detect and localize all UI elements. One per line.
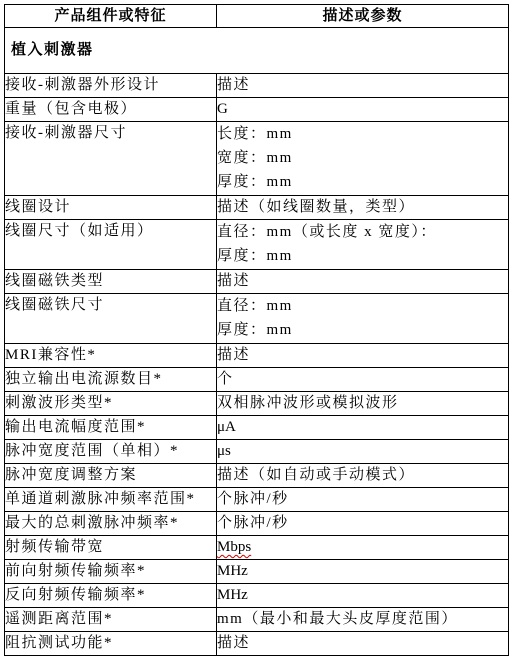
- value-line: 厚度：mm: [217, 318, 508, 342]
- value-cell: 直径：mm（或长度 x 宽度）：厚度：mm: [217, 220, 509, 270]
- product-spec-table: 产品组件或特征 描述或参数 植入刺激器 接收-刺激器外形设计 描述 重量（包含电…: [4, 4, 509, 656]
- feature-cell: 线圈磁铁尺寸: [5, 294, 217, 344]
- value-line: 描述: [217, 270, 508, 292]
- value-line: Mbps: [217, 536, 508, 558]
- value-cell: 个脉冲/秒: [217, 512, 509, 536]
- feature-cell: 线圈磁铁类型: [5, 270, 217, 294]
- feature-cell: 脉冲宽度调整方案: [5, 464, 217, 488]
- table-header-row: 产品组件或特征 描述或参数: [5, 5, 509, 28]
- feature-cell: 输出电流幅度范围*: [5, 416, 217, 440]
- value-cell: MHz: [217, 560, 509, 584]
- table-row: 脉冲宽度调整方案 描述（如自动或手动模式）: [5, 464, 509, 488]
- value-cell: 描述: [217, 74, 509, 98]
- table-row: 重量（包含电极） G: [5, 98, 509, 122]
- value-cell: 个: [217, 368, 509, 392]
- feature-cell: 反向射频传输频率*: [5, 584, 217, 608]
- table-row: 遥测距离范围* mm（最小和最大头皮厚度范围）: [5, 608, 509, 632]
- value-line: 描述: [217, 344, 508, 366]
- feature-cell: 接收-刺激器外形设计: [5, 74, 217, 98]
- value-line: G: [217, 98, 508, 120]
- value-line: μA: [217, 416, 508, 438]
- section-row: 植入刺激器: [5, 28, 509, 74]
- section-label: 植入刺激器: [5, 28, 509, 74]
- feature-cell: 遥测距离范围*: [5, 608, 217, 632]
- value-cell: 描述（如自动或手动模式）: [217, 464, 509, 488]
- value-line: 描述: [217, 74, 508, 96]
- table-row: MRI兼容性* 描述: [5, 344, 509, 368]
- table-row: 单通道刺激脉冲频率范围* 个脉冲/秒: [5, 488, 509, 512]
- value-cell: MHz: [217, 584, 509, 608]
- feature-cell: 线圈设计: [5, 196, 217, 220]
- feature-cell: 单通道刺激脉冲频率范围*: [5, 488, 217, 512]
- feature-cell: MRI兼容性*: [5, 344, 217, 368]
- feature-cell: 最大的总刺激脉冲频率*: [5, 512, 217, 536]
- table-row: 射频传输带宽 Mbps: [5, 536, 509, 560]
- value-line: 直径：mm（或长度 x 宽度）：: [217, 220, 508, 244]
- table-row: 线圈磁铁类型 描述: [5, 270, 509, 294]
- value-line: 个: [217, 368, 508, 390]
- feature-cell: 独立输出电流源数目*: [5, 368, 217, 392]
- value-line: μs: [217, 440, 508, 462]
- table-row: 刺激波形类型* 双相脉冲波形或模拟波形: [5, 392, 509, 416]
- feature-cell: 刺激波形类型*: [5, 392, 217, 416]
- value-cell: 描述: [217, 270, 509, 294]
- table-row: 反向射频传输频率* MHz: [5, 584, 509, 608]
- feature-cell: 接收-刺激器尺寸: [5, 122, 217, 196]
- feature-cell: 脉冲宽度范围（单相）*: [5, 440, 217, 464]
- value-line: 厚度：mm: [217, 170, 508, 194]
- feature-cell: 重量（包含电极）: [5, 98, 217, 122]
- value-line: 长度：mm: [217, 122, 508, 146]
- value-cell: 描述: [217, 344, 509, 368]
- value-cell: 长度：mm宽度：mm厚度：mm: [217, 122, 509, 196]
- table-row: 脉冲宽度范围（单相）* μs: [5, 440, 509, 464]
- table-row: 独立输出电流源数目* 个: [5, 368, 509, 392]
- value-line: 直径：mm: [217, 294, 508, 318]
- table-row: 接收-刺激器尺寸 长度：mm宽度：mm厚度：mm: [5, 122, 509, 196]
- table-body: 植入刺激器 接收-刺激器外形设计 描述 重量（包含电极） G 接收-刺激器尺寸 …: [5, 28, 509, 656]
- value-line: MHz: [217, 560, 508, 582]
- value-line: 宽度：mm: [217, 146, 508, 170]
- value-cell: 描述（如线圈数量，类型）: [217, 196, 509, 220]
- value-cell: 双相脉冲波形或模拟波形: [217, 392, 509, 416]
- value-line: 厚度：mm: [217, 244, 508, 268]
- value-cell: μs: [217, 440, 509, 464]
- value-cell: 直径：mm厚度：mm: [217, 294, 509, 344]
- value-line: 个脉冲/秒: [217, 488, 508, 510]
- value-cell: mm（最小和最大头皮厚度范围）: [217, 608, 509, 632]
- table-row: 线圈尺寸（如适用） 直径：mm（或长度 x 宽度）：厚度：mm: [5, 220, 509, 270]
- value-cell: 描述: [217, 632, 509, 656]
- value-line: 描述（如线圈数量，类型）: [217, 196, 508, 218]
- value-cell: μA: [217, 416, 509, 440]
- feature-cell: 前向射频传输频率*: [5, 560, 217, 584]
- feature-cell: 线圈尺寸（如适用）: [5, 220, 217, 270]
- feature-cell: 阻抗测试功能*: [5, 632, 217, 656]
- value-line: 描述: [217, 632, 508, 654]
- value-line: MHz: [217, 584, 508, 606]
- value-cell: 个脉冲/秒: [217, 488, 509, 512]
- table-row: 最大的总刺激脉冲频率* 个脉冲/秒: [5, 512, 509, 536]
- table-row: 线圈磁铁尺寸 直径：mm厚度：mm: [5, 294, 509, 344]
- value-column-header: 描述或参数: [217, 5, 509, 28]
- table-row: 接收-刺激器外形设计 描述: [5, 74, 509, 98]
- value-line: 双相脉冲波形或模拟波形: [217, 392, 508, 414]
- value-line: 个脉冲/秒: [217, 512, 508, 534]
- value-cell: Mbps: [217, 536, 509, 560]
- feature-cell: 射频传输带宽: [5, 536, 217, 560]
- table-row: 前向射频传输频率* MHz: [5, 560, 509, 584]
- value-line: 描述（如自动或手动模式）: [217, 464, 508, 486]
- value-cell: G: [217, 98, 509, 122]
- table-row: 输出电流幅度范围* μA: [5, 416, 509, 440]
- feature-column-header: 产品组件或特征: [5, 5, 217, 28]
- table-row: 阻抗测试功能* 描述: [5, 632, 509, 656]
- value-line: mm（最小和最大头皮厚度范围）: [217, 608, 508, 630]
- table-row: 线圈设计 描述（如线圈数量，类型）: [5, 196, 509, 220]
